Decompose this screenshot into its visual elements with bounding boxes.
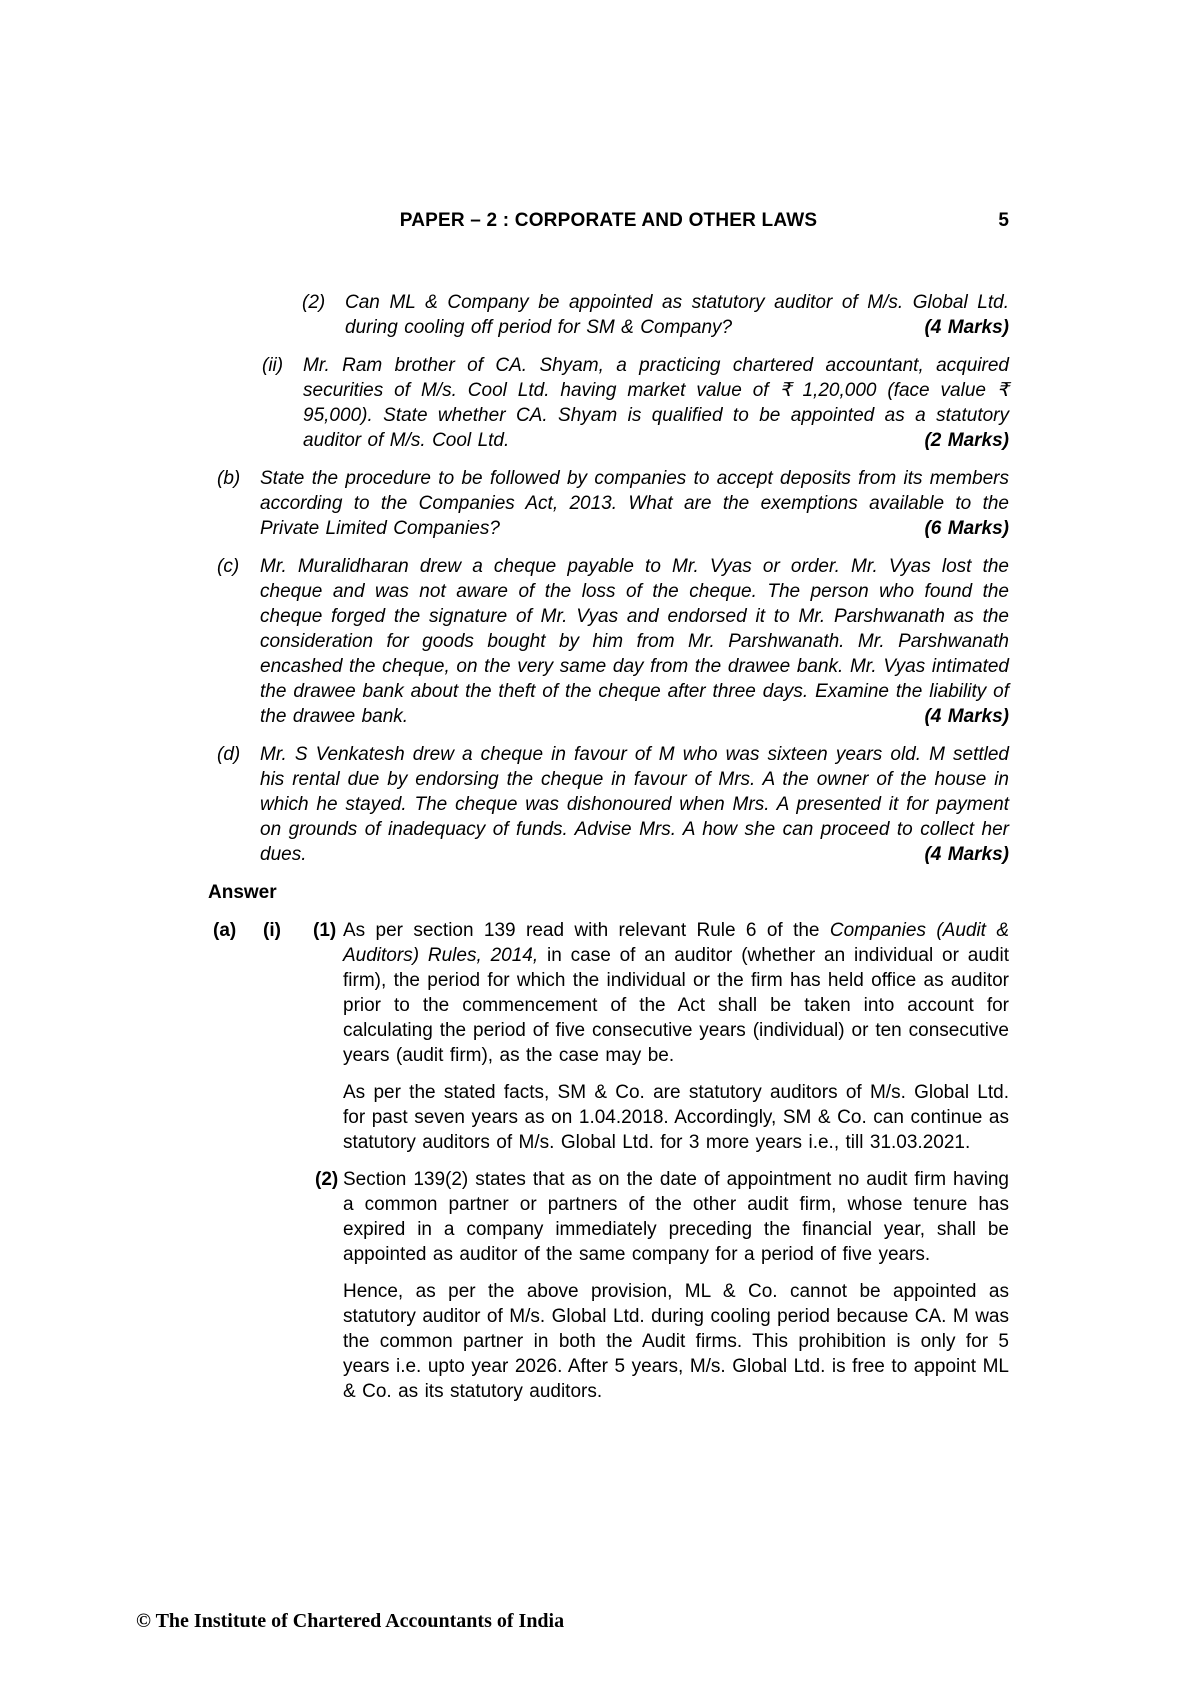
marks-badge: (4 Marks) xyxy=(910,315,1009,340)
question-label: (2) xyxy=(302,290,325,315)
answer-paragraph-3: Section 139(2) states that as on the dat… xyxy=(343,1167,1009,1267)
answer-label-2: (2) xyxy=(315,1167,338,1192)
answer-item-a-i-1: (a) (i) (1) As per section 139 read with… xyxy=(208,918,1009,1068)
footer-copyright: © The Institute of Chartered Accountants… xyxy=(136,1610,564,1632)
answer-item-continuation: As per the stated facts, SM & Co. are st… xyxy=(208,1080,1009,1155)
question-item-d: (d) Mr. S Venkatesh drew a cheque in fav… xyxy=(208,742,1009,867)
question-item-c: (c) Mr. Muralidharan drew a cheque payab… xyxy=(208,554,1009,729)
question-text: Mr. Ram brother of CA. Shyam, a practici… xyxy=(303,353,1009,453)
question-text-body: Mr. Ram brother of CA. Shyam, a practici… xyxy=(303,355,1009,451)
question-text-body: Can ML & Company be appointed as statuto… xyxy=(345,292,1009,338)
question-label: (c) xyxy=(217,554,239,579)
marks-badge: (4 Marks) xyxy=(910,842,1009,867)
question-text-body: State the procedure to be followed by co… xyxy=(260,468,1009,539)
answer-paragraph-2: As per the stated facts, SM & Co. are st… xyxy=(343,1080,1009,1155)
page-title: PAPER – 2 : CORPORATE AND OTHER LAWS xyxy=(208,208,1009,234)
question-label: (b) xyxy=(217,466,240,491)
document-page: PAPER – 2 : CORPORATE AND OTHER LAWS 5 (… xyxy=(0,0,1191,1685)
page-number: 5 xyxy=(998,208,1009,234)
question-text-body: Mr. S Venkatesh drew a cheque in favour … xyxy=(260,744,1009,865)
page-header: PAPER – 2 : CORPORATE AND OTHER LAWS 5 xyxy=(208,208,1009,234)
question-item-2: (2) Can ML & Company be appointed as sta… xyxy=(208,290,1009,340)
question-text-body: Mr. Muralidharan drew a cheque payable t… xyxy=(260,556,1009,727)
page-footer: © The Institute of Chartered Accountants… xyxy=(136,1608,564,1634)
answer-label-1: (1) xyxy=(313,918,336,943)
question-text: Mr. S Venkatesh drew a cheque in favour … xyxy=(260,742,1009,867)
question-item-b: (b) State the procedure to be followed b… xyxy=(208,466,1009,541)
page-content: (2) Can ML & Company be appointed as sta… xyxy=(208,290,1009,1416)
answer-paragraph-4: Hence, as per the above provision, ML & … xyxy=(343,1279,1009,1404)
question-item-ii: (ii) Mr. Ram brother of CA. Shyam, a pra… xyxy=(208,353,1009,453)
answer-item-2: (2) Section 139(2) states that as on the… xyxy=(208,1167,1009,1267)
marks-badge: (2 Marks) xyxy=(910,428,1009,453)
question-text: State the procedure to be followed by co… xyxy=(260,466,1009,541)
answer-paragraph-1-pre: As per section 139 read with relevant Ru… xyxy=(343,920,830,941)
answer-label-a: (a) xyxy=(213,918,236,943)
question-text: Can ML & Company be appointed as statuto… xyxy=(345,290,1009,340)
marks-badge: (6 Marks) xyxy=(910,516,1009,541)
question-label: (d) xyxy=(217,742,240,767)
answer-item-final: Hence, as per the above provision, ML & … xyxy=(208,1279,1009,1404)
question-label: (ii) xyxy=(262,353,283,378)
answer-heading: Answer xyxy=(208,880,1009,905)
answer-label-i: (i) xyxy=(263,918,281,943)
marks-badge: (4 Marks) xyxy=(910,704,1009,729)
answer-paragraph-1: As per section 139 read with relevant Ru… xyxy=(343,918,1009,1068)
answer-section: Answer (a) (i) (1) As per section 139 re… xyxy=(208,880,1009,1404)
question-text: Mr. Muralidharan drew a cheque payable t… xyxy=(260,554,1009,729)
